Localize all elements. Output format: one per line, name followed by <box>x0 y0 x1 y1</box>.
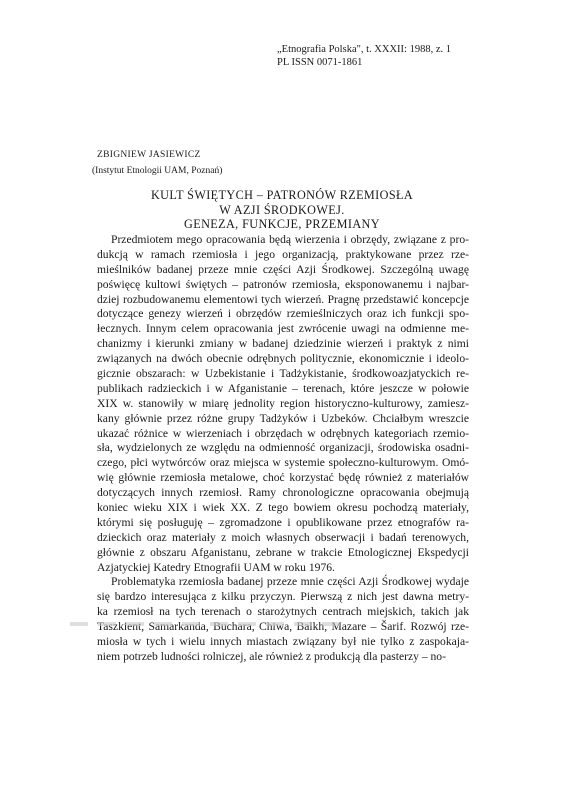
scan-artifact <box>70 622 350 626</box>
text-line: poświęcę kultowi świętych – patronów rze… <box>97 278 469 293</box>
article-body: Przedmiotem mego opracowania będą wierze… <box>97 233 469 665</box>
text-line: Azjatyckiej Katedry Etnografii UAM w rok… <box>97 561 469 576</box>
text-line: koniec wieku XIX i wiek XX. Z tego bowie… <box>97 501 469 516</box>
text-line: sła, wydzielonych ze względu na odmienno… <box>97 441 469 456</box>
issn: PL ISSN 0071-1861 <box>277 56 451 69</box>
text-line: kany głównie przez różne grupy Tadżyków … <box>97 412 469 427</box>
text-line: głównie z obszaru Afganistanu, zebrane w… <box>97 546 469 561</box>
text-line: dzieckich oraz materiały z moich własnyc… <box>97 531 469 546</box>
text-line: którymi się posługuję – zgromadzone i op… <box>97 516 469 531</box>
article-title: KULT ŚWIĘTYCH – PATRONÓW RZEMIOSŁA W AZJ… <box>90 188 474 232</box>
text-line: łecznych. Innym celem opracowania jest z… <box>97 322 469 337</box>
text-line: chanizmy i kierunki zmiany w badanej dzi… <box>97 337 469 352</box>
text-line: czego, płci wytwórców oraz miejsca w sys… <box>97 456 469 471</box>
text-line: dziej rozbudowanemu elementowi tych wier… <box>97 293 469 308</box>
author-affiliation: (Instytut Etnologii UAM, Poznań) <box>92 166 222 176</box>
text-line: ukazać różnice w wierzeniach i obrzędach… <box>97 427 469 442</box>
title-line: KULT ŚWIĘTYCH – PATRONÓW RZEMIOSŁA <box>90 188 474 203</box>
text-line: związanych na dwóch obecnie odrębnych po… <box>97 352 469 367</box>
text-line: publikach radzieckich i w Afganistanie –… <box>97 382 469 397</box>
journal-citation: „Etnografia Polska", t. XXXII: 1988, z. … <box>277 43 451 56</box>
text-line: gicznie obszarach: w Uzbekistanie i Tadż… <box>97 367 469 382</box>
text-line: Problematyka rzemiosła badanej przeze mn… <box>97 575 469 590</box>
journal-header: „Etnografia Polska", t. XXXII: 1988, z. … <box>277 43 451 69</box>
title-line: W AZJI ŚRODKOWEJ. <box>90 203 474 218</box>
text-line: dotyczące genezy wierzeń i obrzędów rzem… <box>97 307 469 322</box>
text-line: miosła w tych i wielu innych miastach zw… <box>97 635 469 650</box>
text-line: XIX w. stanowiły w miarę jednolity regio… <box>97 397 469 412</box>
text-line: wię głównie rzemiosła metalowe, choć kor… <box>97 471 469 486</box>
author-name: ZBIGNIEW JASIEWICZ <box>97 150 201 160</box>
title-line: GENEZA, FUNKCJE, PRZEMIANY <box>90 217 474 232</box>
text-line: dotyczących innych rzemiosł. Ramy chrono… <box>97 486 469 501</box>
text-line: mieślników badanej przeze mnie części Az… <box>97 263 469 278</box>
text-line: niem potrzeb ludności rolniczej, ale rów… <box>97 650 469 665</box>
text-line: się bardzo interesująca z kilku przyczyn… <box>97 590 469 605</box>
text-line: Przedmiotem mego opracowania będą wierze… <box>97 233 469 248</box>
text-line: dukcją w ramach rzemiosła i jego organiz… <box>97 248 469 263</box>
text-line: ka rzemiosł na tych terenach o starożytn… <box>97 605 469 620</box>
